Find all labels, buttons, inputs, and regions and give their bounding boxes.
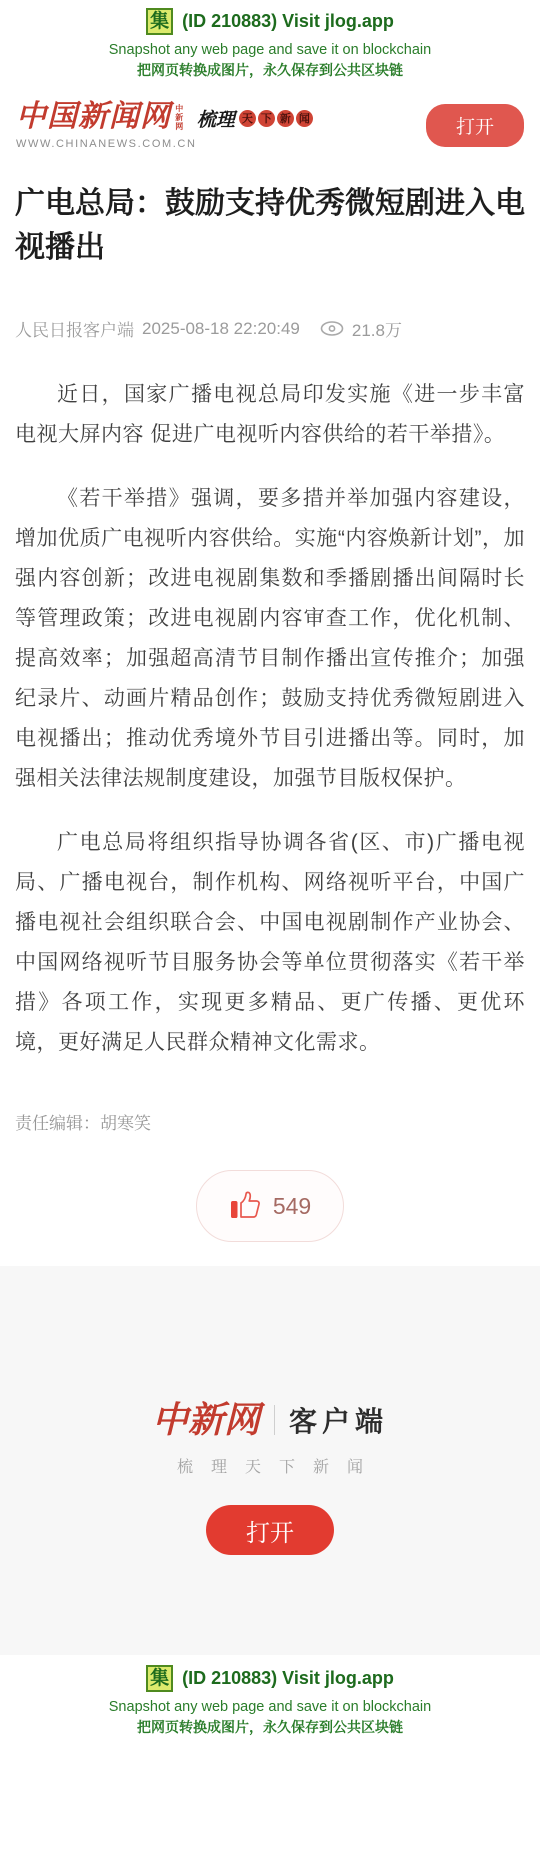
like-button[interactable]: 549 <box>196 1170 344 1242</box>
paragraph-1: 近日，国家广播电视总局印发实施《进一步丰富电视大屏内容 促进广电视听内容供给的若… <box>15 375 525 455</box>
slogan-logo: 梳理 天 下 新 闻 <box>197 105 313 132</box>
logo-row: 中国新闻网 中新网 梳理 天 下 新 闻 <box>16 102 313 132</box>
article-meta: 人民日报客户端 2025-08-18 22:20:49 21.8万 <box>15 316 525 341</box>
thumbs-up-icon <box>229 1190 261 1223</box>
slogan-prefix-text: 梳理 <box>197 105 235 132</box>
footer-logo-divider <box>274 1405 275 1435</box>
paragraph-2: 《若干举措》强调，要多措并举加强内容建设，增加优质广电视听内容供给。实施“内容焕… <box>15 479 525 799</box>
open-app-button-footer[interactable]: 打开 <box>206 1505 334 1555</box>
page: 集 (ID 210883) Visit jlog.app Snapshot an… <box>0 0 540 1854</box>
paragraph-3: 广电总局将组织指导协调各省(区、市)广播电视局、广播电视台，制作机构、网络视听平… <box>15 823 525 1063</box>
like-row: 549 <box>15 1170 525 1242</box>
slogan-seal-2: 下 <box>258 110 275 127</box>
jlog-link-bottom[interactable]: 集 (ID 210883) Visit jlog.app <box>0 1665 540 1692</box>
article-timestamp: 2025-08-18 22:20:49 <box>142 319 300 339</box>
article: 广电总局：鼓励支持优秀微短剧进入电视播出 人民日报客户端 2025-08-18 … <box>0 156 540 1264</box>
footer-logo: 中新网 客户端 <box>0 1400 540 1440</box>
eye-icon <box>320 320 344 337</box>
header-left: 中国新闻网 中新网 梳理 天 下 新 闻 WWW.CHINANEWS.COM.C… <box>16 102 313 150</box>
site-url: WWW.CHINANEWS.COM.CN <box>16 138 313 150</box>
footer-logo-suffix: 客户端 <box>289 1400 388 1440</box>
jlog-banner-title: (ID 210883) Visit jlog.app <box>182 11 394 32</box>
slogan-seal-4: 闻 <box>296 110 313 127</box>
app-footer: 中新网 客户端 梳理天下新闻 打开 <box>0 1266 540 1655</box>
like-count: 549 <box>273 1193 311 1220</box>
view-count: 21.8万 <box>352 316 402 341</box>
jlog-subtitle-zh: 把网页转换成图片，永久保存到公共区块链 <box>0 60 540 80</box>
article-source: 人民日报客户端 <box>15 316 134 341</box>
jlog-banner-top: 集 (ID 210883) Visit jlog.app Snapshot an… <box>0 0 540 90</box>
jlog-subtitle-en: Snapshot any web page and save it on blo… <box>0 42 540 58</box>
jlog-banner-bottom: 集 (ID 210883) Visit jlog.app Snapshot an… <box>0 1655 540 1741</box>
jlog-badge-icon: 集 <box>146 1665 173 1692</box>
chinanews-logo-text: 中国新闻网 <box>16 102 171 132</box>
jlog-banner-title: (ID 210883) Visit jlog.app <box>182 1668 394 1689</box>
jlog-subtitle-en: Snapshot any web page and save it on blo… <box>0 1699 540 1715</box>
jlog-subtitle-zh: 把网页转换成图片，永久保存到公共区块链 <box>0 1717 540 1737</box>
slogan-seal-1: 天 <box>239 110 256 127</box>
jlog-link[interactable]: 集 (ID 210883) Visit jlog.app <box>0 8 540 35</box>
article-title: 广电总局：鼓励支持优秀微短剧进入电视播出 <box>15 182 525 270</box>
chinanews-logo[interactable]: 中国新闻网 中新网 <box>16 102 183 132</box>
footer-slogan: 梳理天下新闻 <box>0 1454 540 1477</box>
open-app-button-header[interactable]: 打开 <box>426 104 524 147</box>
editor-line: 责任编辑：胡寒笑 <box>15 1109 525 1134</box>
chinanews-logo-side-text: 中新网 <box>174 104 183 131</box>
footer-logo-text: 中新网 <box>152 1402 260 1438</box>
slogan-seal-3: 新 <box>277 110 294 127</box>
jlog-badge-icon: 集 <box>146 8 173 35</box>
article-body: 近日，国家广播电视总局印发实施《进一步丰富电视大屏内容 促进广电视听内容供给的若… <box>15 375 525 1063</box>
site-header: 中国新闻网 中新网 梳理 天 下 新 闻 WWW.CHINANEWS.COM.C… <box>0 90 540 156</box>
